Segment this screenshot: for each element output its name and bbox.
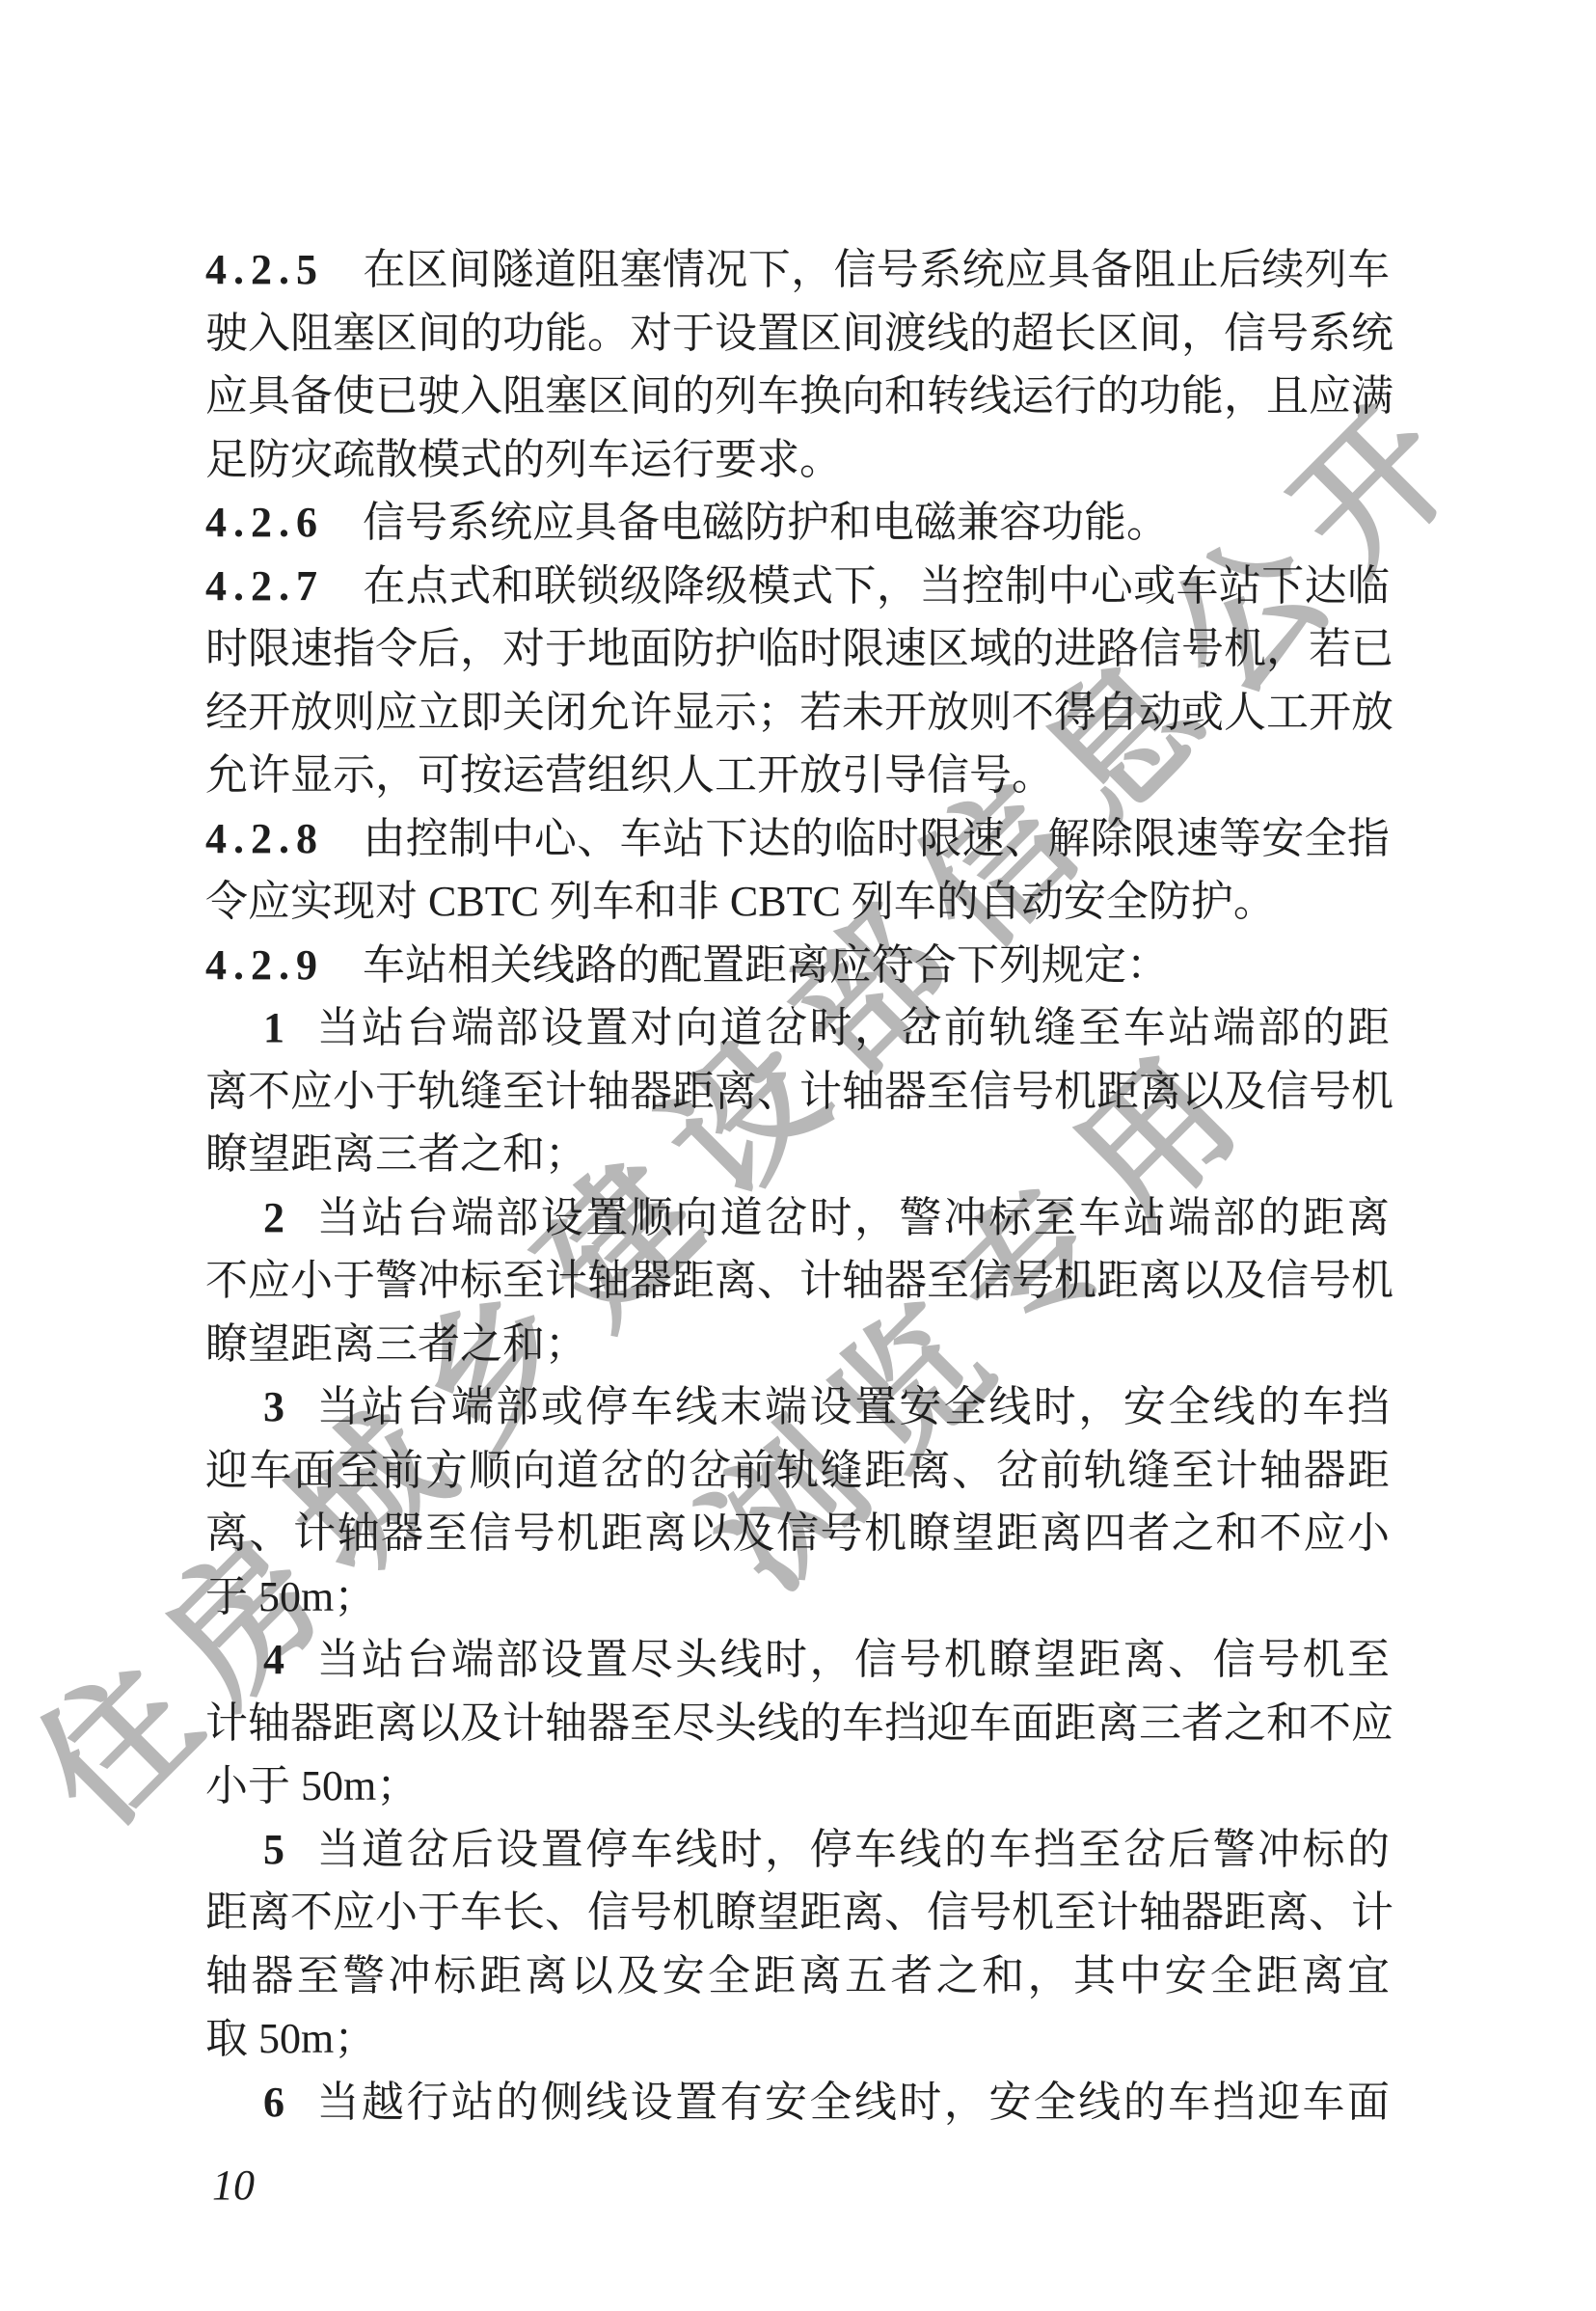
line-number: 4.2.8 [205, 815, 324, 862]
text-block: 4.2.5在区间隧道阻塞情况下，信号系统应具备阻止后续列车驶入阻塞区间的功能。对… [205, 238, 1390, 2134]
line-text: 经开放则应立即关闭允许显示；若未开放则不得自动或人工开放 [205, 689, 1393, 736]
text-line: 4.2.8由控制中心、车站下达的临时限速、解除限速等安全指 [205, 807, 1390, 871]
line-text: 由控制中心、车站下达的临时限速、解除限速等安全指 [363, 815, 1390, 862]
text-line: 驶入阻塞区间的功能。对于设置区间渡线的超长区间，信号系统 [205, 302, 1390, 366]
line-number: 4.2.9 [205, 941, 324, 989]
line-text: 离、计轴器至信号机距离以及信号机瞭望距离四者之和不应小 [205, 1509, 1390, 1557]
line-number: 4.2.5 [205, 246, 324, 293]
line-number: 5 [263, 1826, 284, 1873]
line-text: 令应实现对 CBTC 列车和非 CBTC 列车的自动安全防护。 [205, 878, 1276, 925]
text-line: 1当站台端部设置对向道岔时，岔前轨缝至车站端部的距 [205, 996, 1390, 1060]
line-text: 距离不应小于车长、信号机瞭望距离、信号机至计轴器距离、计 [205, 1889, 1393, 1936]
text-line: 4.2.7在点式和联锁级降级模式下，当控制中心或车站下达临 [205, 555, 1390, 618]
line-text: 足防灾疏散模式的列车运行要求。 [205, 436, 842, 483]
line-text: 信号系统应具备电磁防护和电磁兼容功能。 [363, 499, 1169, 546]
line-text: 当越行站的侧线设置有安全线时，安全线的车挡迎车面 [314, 2079, 1390, 2126]
text-line: 5当道岔后设置停车线时，停车线的车挡至岔后警冲标的 [205, 1818, 1390, 1882]
text-line: 经开放则应立即关闭允许显示；若未开放则不得自动或人工开放 [205, 681, 1390, 745]
line-number: 4.2.7 [205, 562, 324, 610]
line-text: 当站台端部设置尽头线时，信号机瞭望距离、信号机至 [314, 1636, 1390, 1683]
text-line: 4.2.9车站相关线路的配置距离应符合下列规定： [205, 934, 1390, 997]
line-text: 允许显示，可按运营组织人工开放引导信号。 [205, 751, 1054, 799]
text-line: 时限速指令后，对于地面防护临时限速区域的进路信号机，若已 [205, 617, 1390, 681]
line-text: 在点式和联锁级降级模式下，当控制中心或车站下达临 [363, 562, 1390, 610]
line-number: 4 [263, 1636, 284, 1683]
line-text: 当道岔后设置停车线时，停车线的车挡至岔后警冲标的 [314, 1826, 1390, 1873]
line-text: 应具备使已驶入阻塞区间的列车换向和转线运行的功能，且应满 [205, 372, 1393, 420]
line-number: 2 [263, 1194, 284, 1241]
text-line: 足防灾疏散模式的列车运行要求。 [205, 428, 1390, 492]
text-line: 4.2.5在区间隧道阻塞情况下，信号系统应具备阻止后续列车 [205, 238, 1390, 302]
text-line: 于 50m； [205, 1565, 1390, 1629]
line-text: 当站台端部设置对向道岔时，岔前轨缝至车站端部的距 [314, 1004, 1390, 1051]
line-number: 6 [263, 2079, 284, 2126]
text-line: 离不应小于轨缝至计轴器距离、计轴器至信号机距离以及信号机 [205, 1060, 1390, 1124]
line-text: 当站台端部设置顺向道岔时，警冲标至车站端部的距离 [314, 1194, 1390, 1241]
line-text: 在区间隧道阻塞情况下，信号系统应具备阻止后续列车 [363, 246, 1390, 293]
text-line: 3当站台端部或停车线末端设置安全线时，安全线的车挡 [205, 1375, 1390, 1439]
line-number: 1 [263, 1004, 284, 1051]
text-line: 距离不应小于车长、信号机瞭望距离、信号机至计轴器距离、计 [205, 1881, 1390, 1944]
text-line: 瞭望距离三者之和； [205, 1123, 1390, 1186]
line-text: 小于 50m； [205, 1762, 419, 1809]
text-line: 计轴器距离以及计轴器至尽头线的车挡迎车面距离三者之和不应 [205, 1692, 1390, 1755]
line-text: 当站台端部或停车线末端设置安全线时，安全线的车挡 [314, 1383, 1390, 1430]
text-line: 令应实现对 CBTC 列车和非 CBTC 列车的自动安全防护。 [205, 870, 1390, 934]
line-text: 驶入阻塞区间的功能。对于设置区间渡线的超长区间，信号系统 [205, 310, 1393, 357]
text-line: 轴器至警冲标距离以及安全距离五者之和，其中安全距离宜 [205, 1944, 1390, 2008]
line-text: 不应小于警冲标至计轴器距离、计轴器至信号机距离以及信号机 [205, 1257, 1393, 1304]
line-number: 3 [263, 1383, 284, 1430]
text-line: 不应小于警冲标至计轴器距离、计轴器至信号机距离以及信号机 [205, 1249, 1390, 1313]
line-text: 计轴器距离以及计轴器至尽头线的车挡迎车面距离三者之和不应 [205, 1699, 1393, 1747]
line-text: 瞭望距离三者之和； [205, 1320, 587, 1368]
text-line: 迎车面至前方顺向道岔的岔前轨缝距离、岔前轨缝至计轴器距 [205, 1439, 1390, 1503]
text-line: 6当越行站的侧线设置有安全线时，安全线的车挡迎车面 [205, 2071, 1390, 2134]
document-page: 住房城乡建设部信息公开 浏览专用 4.2.5在区间隧道阻塞情况下，信号系统应具备… [0, 0, 1596, 2311]
text-line: 4当站台端部设置尽头线时，信号机瞭望距离、信号机至 [205, 1628, 1390, 1692]
text-line: 小于 50m； [205, 1754, 1390, 1818]
line-text: 车站相关线路的配置距离应符合下列规定： [363, 941, 1169, 989]
line-text: 取 50m； [205, 2015, 376, 2062]
line-text: 时限速指令后，对于地面防护临时限速区域的进路信号机，若已 [205, 625, 1393, 672]
text-line: 2当站台端部设置顺向道岔时，警冲标至车站端部的距离 [205, 1186, 1390, 1250]
page-number: 10 [212, 2154, 255, 2217]
text-line: 4.2.6信号系统应具备电磁防护和电磁兼容功能。 [205, 491, 1390, 555]
line-text: 迎车面至前方顺向道岔的岔前轨缝距离、岔前轨缝至计轴器距 [205, 1447, 1390, 1494]
line-text: 于 50m； [205, 1573, 376, 1620]
text-line: 瞭望距离三者之和； [205, 1313, 1390, 1376]
text-line: 应具备使已驶入阻塞区间的列车换向和转线运行的功能，且应满 [205, 365, 1390, 428]
text-line: 离、计轴器至信号机距离以及信号机瞭望距离四者之和不应小 [205, 1502, 1390, 1565]
line-text: 轴器至警冲标距离以及安全距离五者之和，其中安全距离宜 [205, 1952, 1390, 1999]
line-text: 离不应小于轨缝至计轴器距离、计轴器至信号机距离以及信号机 [205, 1068, 1393, 1115]
line-text: 瞭望距离三者之和； [205, 1130, 587, 1178]
text-line: 允许显示，可按运营组织人工开放引导信号。 [205, 744, 1390, 807]
text-line: 取 50m； [205, 2007, 1390, 2071]
line-number: 4.2.6 [205, 499, 324, 546]
